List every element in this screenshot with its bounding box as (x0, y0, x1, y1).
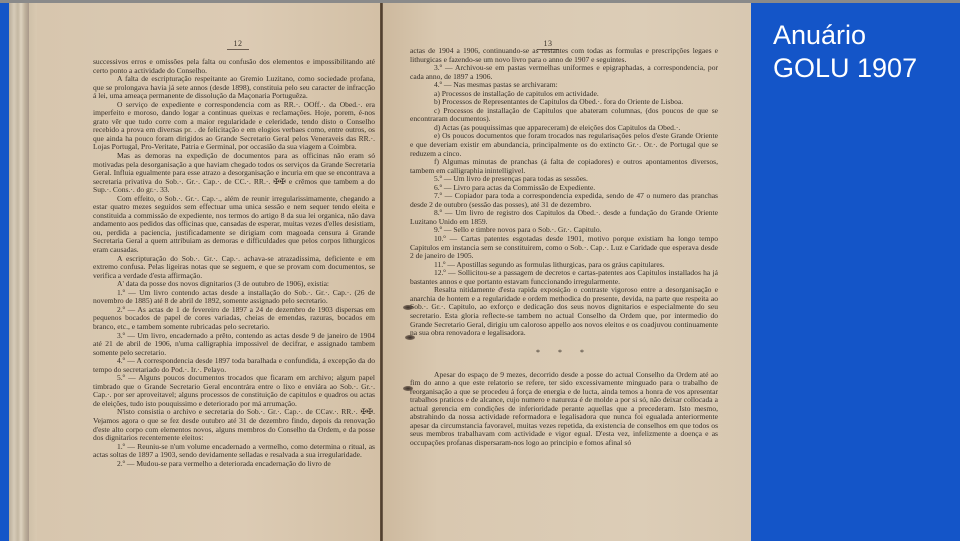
paragraph: A escripturação do Sob.·. Gr.·. Cap.·. a… (93, 255, 375, 281)
left-blue-strip (0, 3, 9, 541)
paragraph: Com effeito, o Sob.·. Gr.·. Cap.·., além… (93, 195, 375, 255)
list-item: e) Os poucos documentos que foram trocad… (410, 132, 718, 158)
paragraph: 3.º — Um livro, encadernado a prêto, con… (93, 332, 375, 358)
paragraph: successivos erros e omissões pela falta … (93, 58, 375, 75)
paragraph: 12.º — Sollicitou-se a passagem de decre… (410, 269, 718, 286)
paragraph: O serviço de expediente e correspondenci… (93, 101, 375, 152)
slide-title-line1: Anuário (773, 20, 866, 50)
paragraph: 2.º — Mudou-se para vermelho a deteriora… (93, 460, 375, 469)
paragraph: 10.º — Cartas patentes esgotadas desde 1… (410, 235, 718, 261)
paragraph: A falta de escripturação respeitante ao … (93, 75, 375, 101)
right-page: 13 actas de 1904 a 1906, continuando-se … (383, 3, 751, 541)
slide-title-line2: GOLU 1907 (773, 53, 917, 83)
paragraph: Apesar do espaço de 9 mezes, decorrido d… (410, 371, 718, 448)
book-scan: 12 successivos erros e omissões pela fal… (9, 3, 751, 541)
section-separator: * * * (410, 348, 718, 357)
paragraph: 4.º — A correspondencia desde 1897 toda … (93, 357, 375, 374)
slide-title: Anuário GOLU 1907 (773, 19, 917, 85)
paragraph: Resalta nitidamente d'esta rapida exposi… (410, 286, 718, 337)
paragraph: 1.º — Um livro contendo actas desde a in… (93, 289, 375, 306)
paragraph: 2.º — As actas de 1 de fevereiro de 1897… (93, 306, 375, 332)
paragraph: 5.º — Alguns poucos documentos trocados … (93, 374, 375, 408)
paragraph: Mas as demoras na expedição de documento… (93, 152, 375, 195)
book-page-edge-shadow (29, 3, 37, 541)
paragraph: 8.º — Um livro de registro dos Capitulos… (410, 209, 718, 226)
list-item: f) Algumas minutas de pranchas (á falta … (410, 158, 718, 175)
left-page-text: successivos erros e omissões pela falta … (93, 58, 375, 468)
paragraph: 3.º — Archivou-se em pastas vermelhas un… (410, 64, 718, 81)
list-item: c) Processos de installação de Capitulos… (410, 107, 718, 124)
left-page: 12 successivos erros e omissões pela fal… (37, 3, 380, 541)
right-page-text: actas de 1904 a 1906, continuando-se as … (410, 47, 718, 448)
paragraph: 1.º — Reuniu-se n'um volume encadernado … (93, 443, 375, 460)
paragraph: actas de 1904 a 1906, continuando-se as … (410, 47, 718, 64)
left-page-number: 12 (223, 39, 253, 50)
title-panel: Anuário GOLU 1907 (751, 3, 960, 541)
paragraph: N'isto consistia o archivo e secretaria … (93, 408, 375, 442)
paragraph: 7.º — Copiador para toda a correspondenc… (410, 192, 718, 209)
book-page-edges (9, 3, 29, 541)
